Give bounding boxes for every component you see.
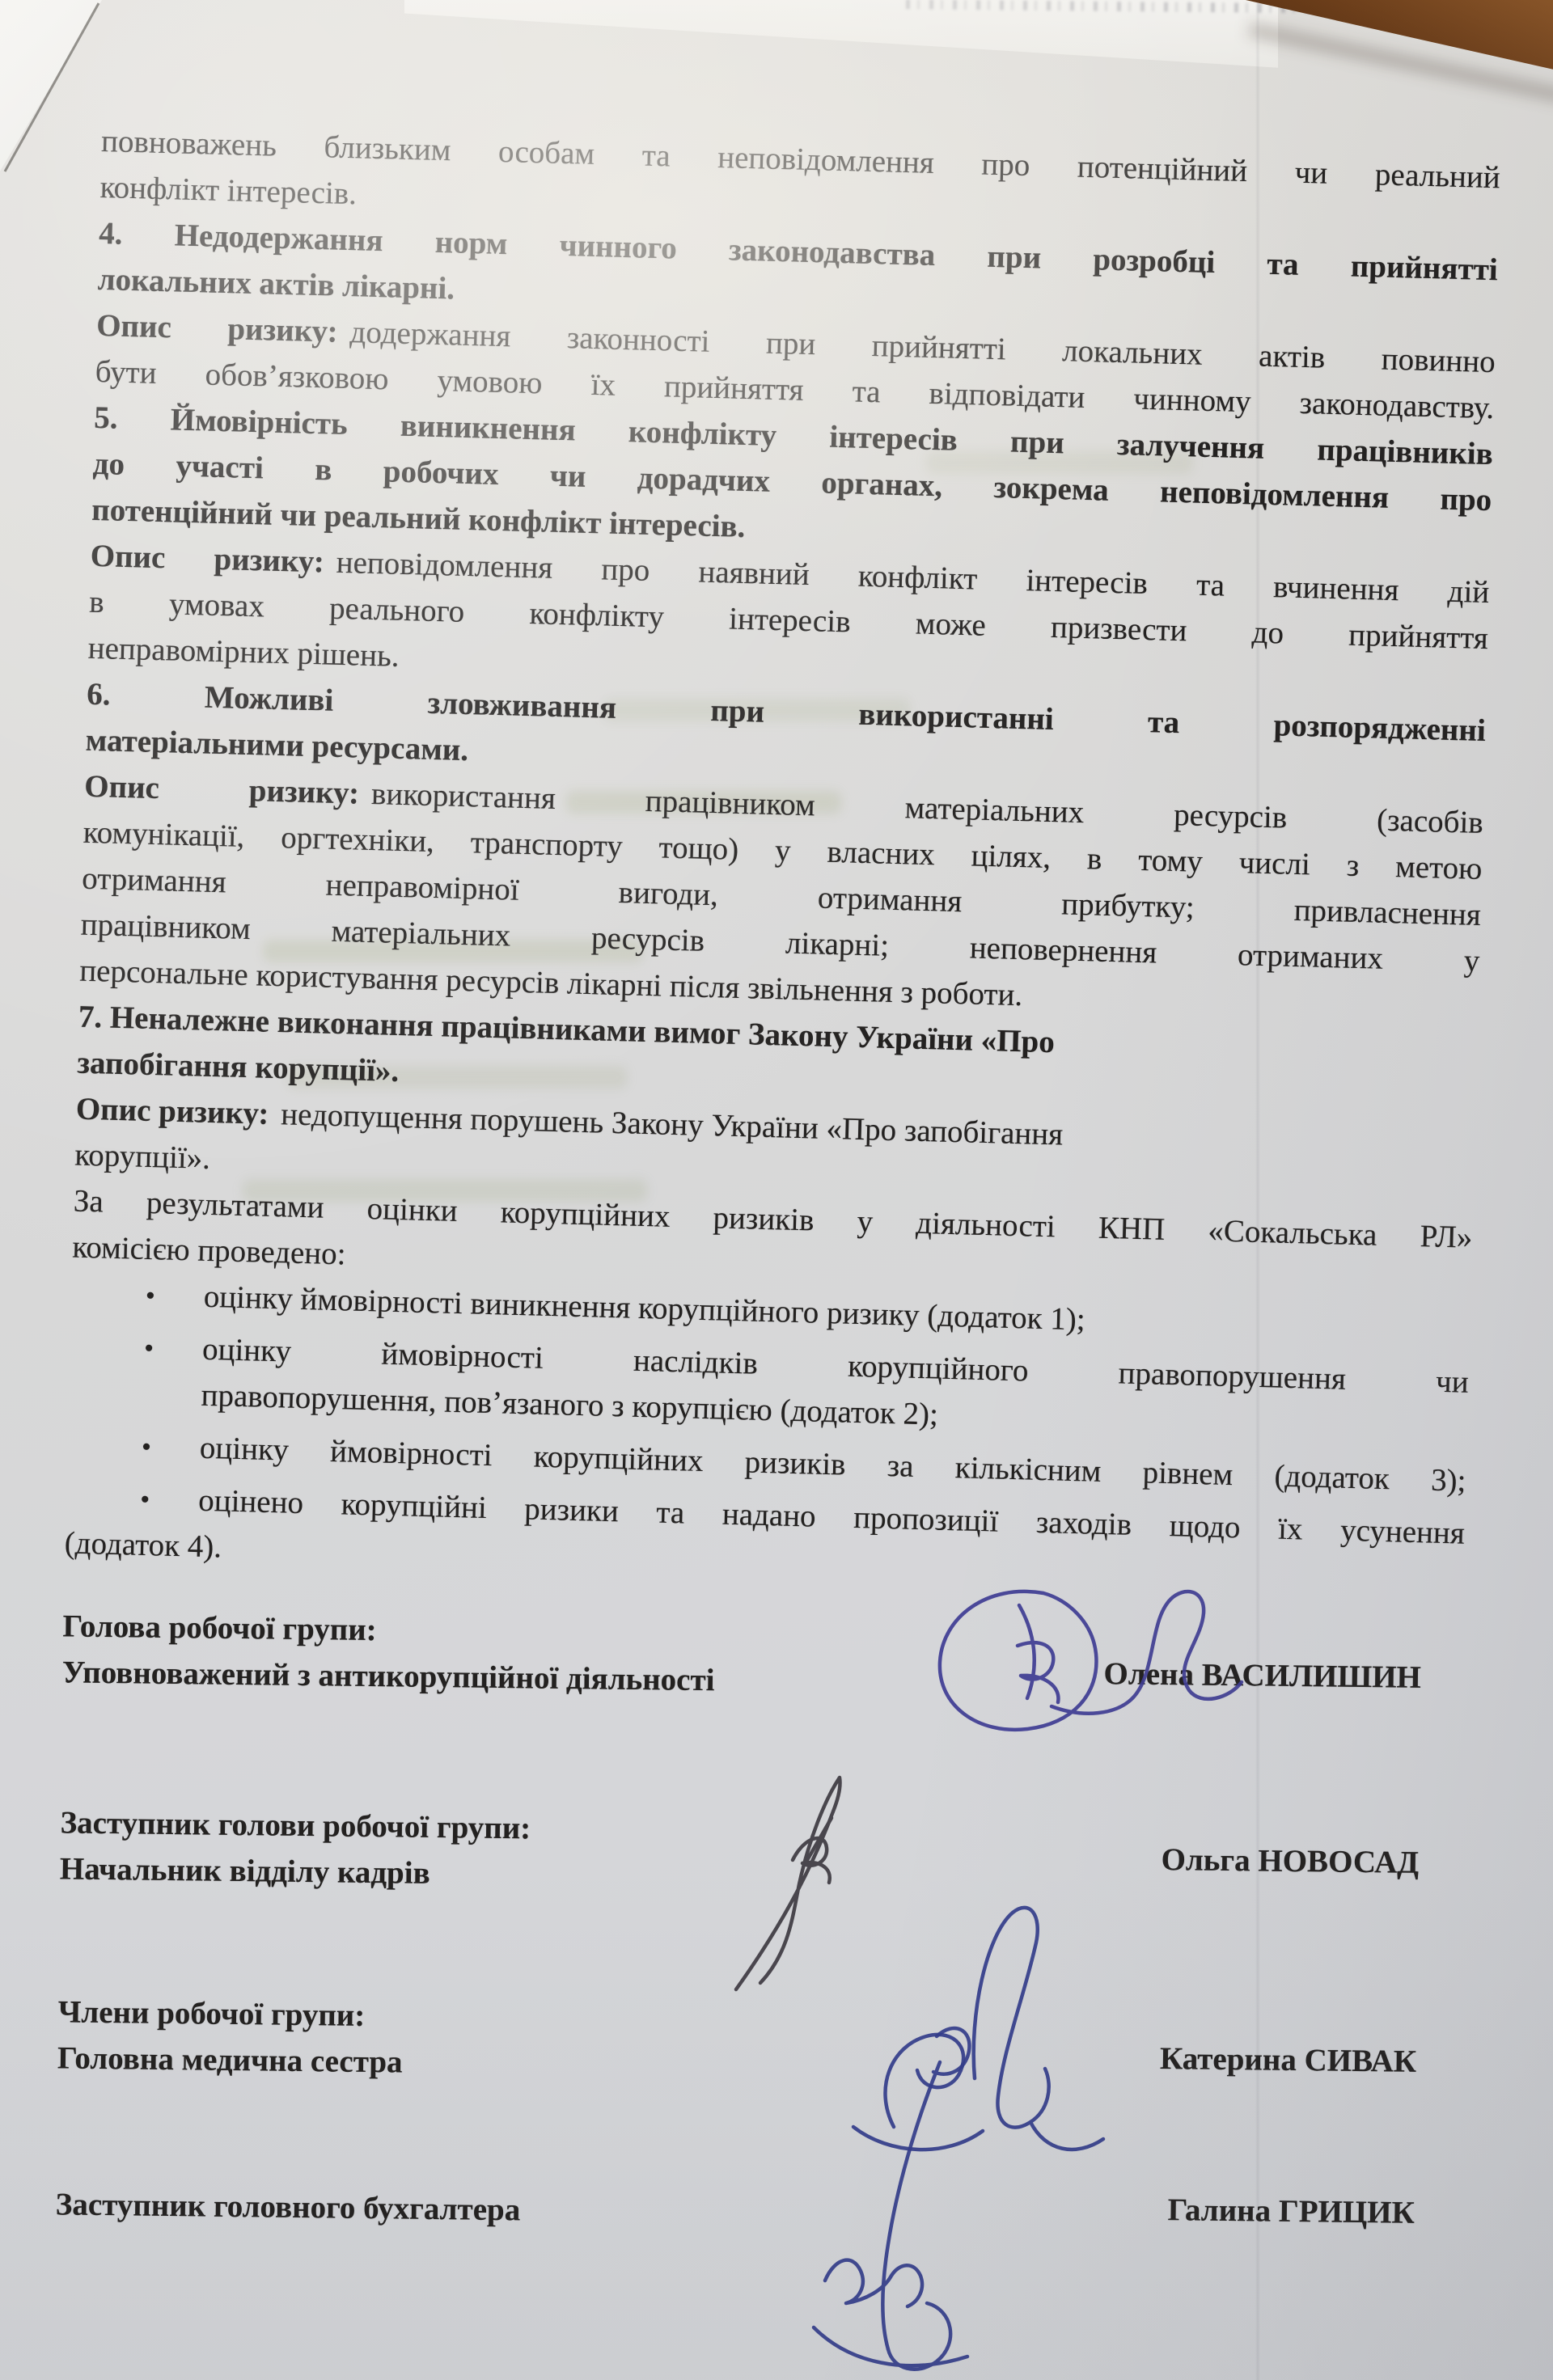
document-text-block: повноважень близьким особам та неповідом… — [0, 0, 1553, 2265]
signer-name: Катерина СИВАК — [1160, 2035, 1417, 2085]
signer-role: Заступник головного бухгалтера — [55, 2181, 520, 2233]
signature-row: Начальник відділу кадрів Ольга НОВОСАД — [60, 1845, 1460, 1909]
signer-role: Начальник відділу кадрів — [60, 1845, 430, 1896]
risk-label: Опис ризику: — [90, 539, 324, 580]
signature-row: Заступник головного бухгалтера Галина ГР… — [55, 2181, 1455, 2244]
signer-name: Галина ГРИЦИК — [1167, 2187, 1415, 2236]
signer-name: Ольга НОВОСАД — [1161, 1837, 1419, 1886]
signature-row: Уповноважений з антикорупційної діяльнос… — [62, 1649, 1462, 1712]
signer-name: Олена ВАСИЛИШИН — [1103, 1651, 1421, 1701]
signature-section: Голова робочої групи: Уповноважений з ан… — [55, 1603, 1462, 2244]
risk-label: Опис ризику: — [96, 308, 338, 349]
photo-of-document: повноважень близьким особам та неповідом… — [0, 0, 1553, 2380]
risk-label: Опис ризику: — [75, 1092, 269, 1131]
signer-role: Головна медична сестра — [57, 2035, 403, 2085]
risk-label: Опис ризику: — [84, 769, 360, 811]
signer-role: Уповноважений з антикорупційної діяльнос… — [62, 1649, 715, 1703]
signature-row: Головна медична сестра Катерина СИВАК — [57, 2035, 1458, 2098]
